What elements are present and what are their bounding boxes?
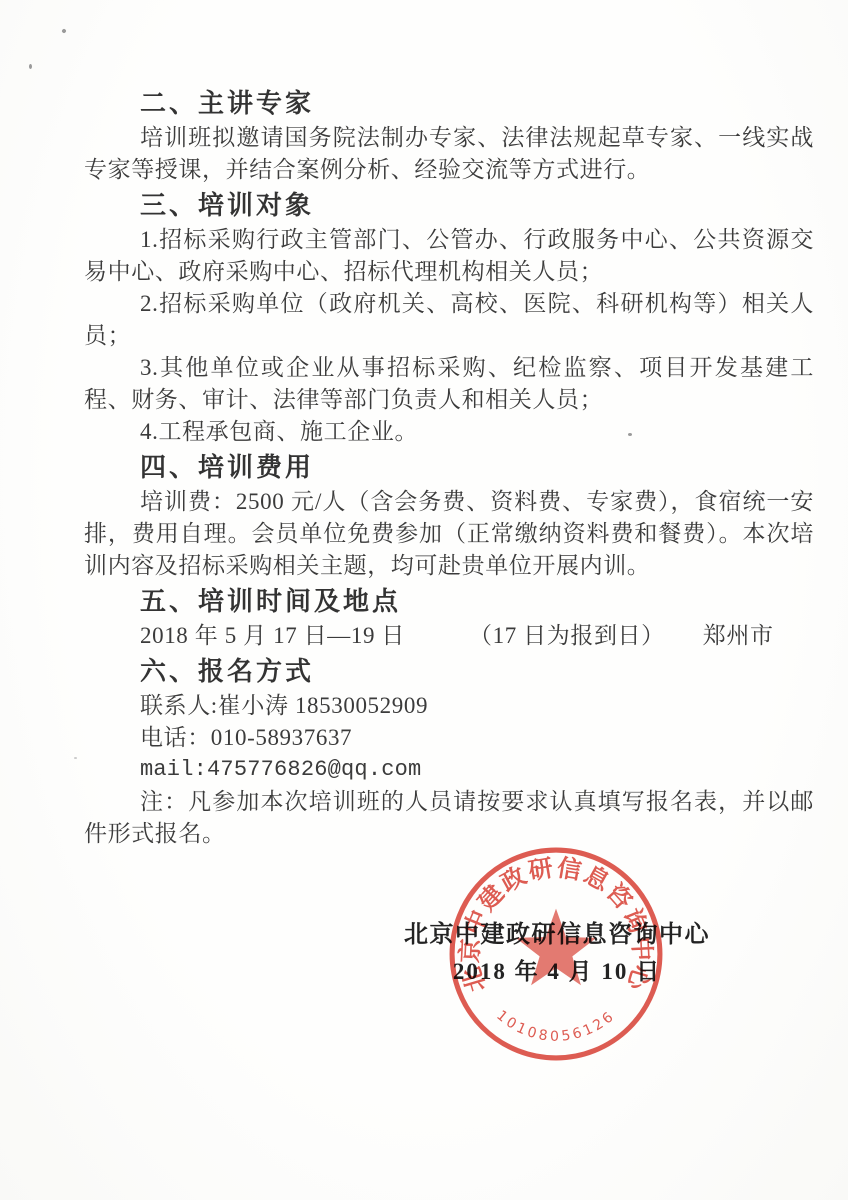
schedule-dates: 2018 年 5 月 17 日—19 日	[140, 623, 405, 648]
section-heading-speakers: 二、主讲专家	[140, 86, 814, 120]
section-heading-time-place: 五、培训时间及地点	[140, 584, 814, 618]
scan-speck	[29, 64, 32, 69]
scan-speck	[61, 28, 67, 34]
schedule-city: 郑州市	[703, 623, 774, 648]
contact-person-line: 联系人:崔小涛 18530052909	[84, 690, 814, 722]
audience-item-1: 1.招标采购行政主管部门、公管办、行政服务中心、公共资源交易中心、政府采购中心、…	[84, 224, 814, 288]
audience-item-3: 3.其他单位或企业从事招标采购、纪检监察、项目开发基建工程、财务、审计、法律等部…	[84, 352, 814, 416]
schedule-checkin-note: （17 日为报到日）	[469, 623, 665, 648]
paragraph-speakers: 培训班拟邀请国务院法制办专家、法律法规起草专家、一线实战专家等授课，并结合案例分…	[84, 122, 814, 186]
section-heading-registration: 六、报名方式	[140, 654, 814, 688]
section-heading-audience: 三、培训对象	[140, 188, 814, 222]
contact-email-line: mail:475776826@qq.com	[84, 754, 814, 786]
schedule-line: 2018 年 5 月 17 日—19 日（17 日为报到日）郑州市	[140, 620, 814, 652]
audience-item-2: 2.招标采购单位（政府机关、高校、医院、科研机构等）相关人员；	[84, 288, 814, 352]
scanned-document-page: 二、主讲专家 培训班拟邀请国务院法制办专家、法律法规起草专家、一线实战专家等授课…	[0, 0, 848, 1200]
section-heading-fee: 四、培训费用	[140, 450, 814, 484]
registration-note: 注：凡参加本次培训班的人员请按要求认真填写报名表，并以邮件形式报名。	[84, 786, 814, 850]
audience-item-4: 4.工程承包商、施工企业。	[84, 416, 814, 448]
contact-phone-line: 电话：010-58937637	[84, 722, 814, 754]
official-seal-stamp: 北京中建政研信息咨询中心 1101080561267	[444, 842, 668, 1066]
paragraph-fee: 培训费：2500 元/人（含会务费、资料费、专家费），食宿统一安排，费用自理。会…	[84, 486, 814, 582]
document-body: 二、主讲专家 培训班拟邀请国务院法制办专家、法律法规起草专家、一线实战专家等授课…	[84, 84, 814, 850]
scan-speck	[74, 757, 77, 759]
star-icon	[516, 909, 597, 986]
